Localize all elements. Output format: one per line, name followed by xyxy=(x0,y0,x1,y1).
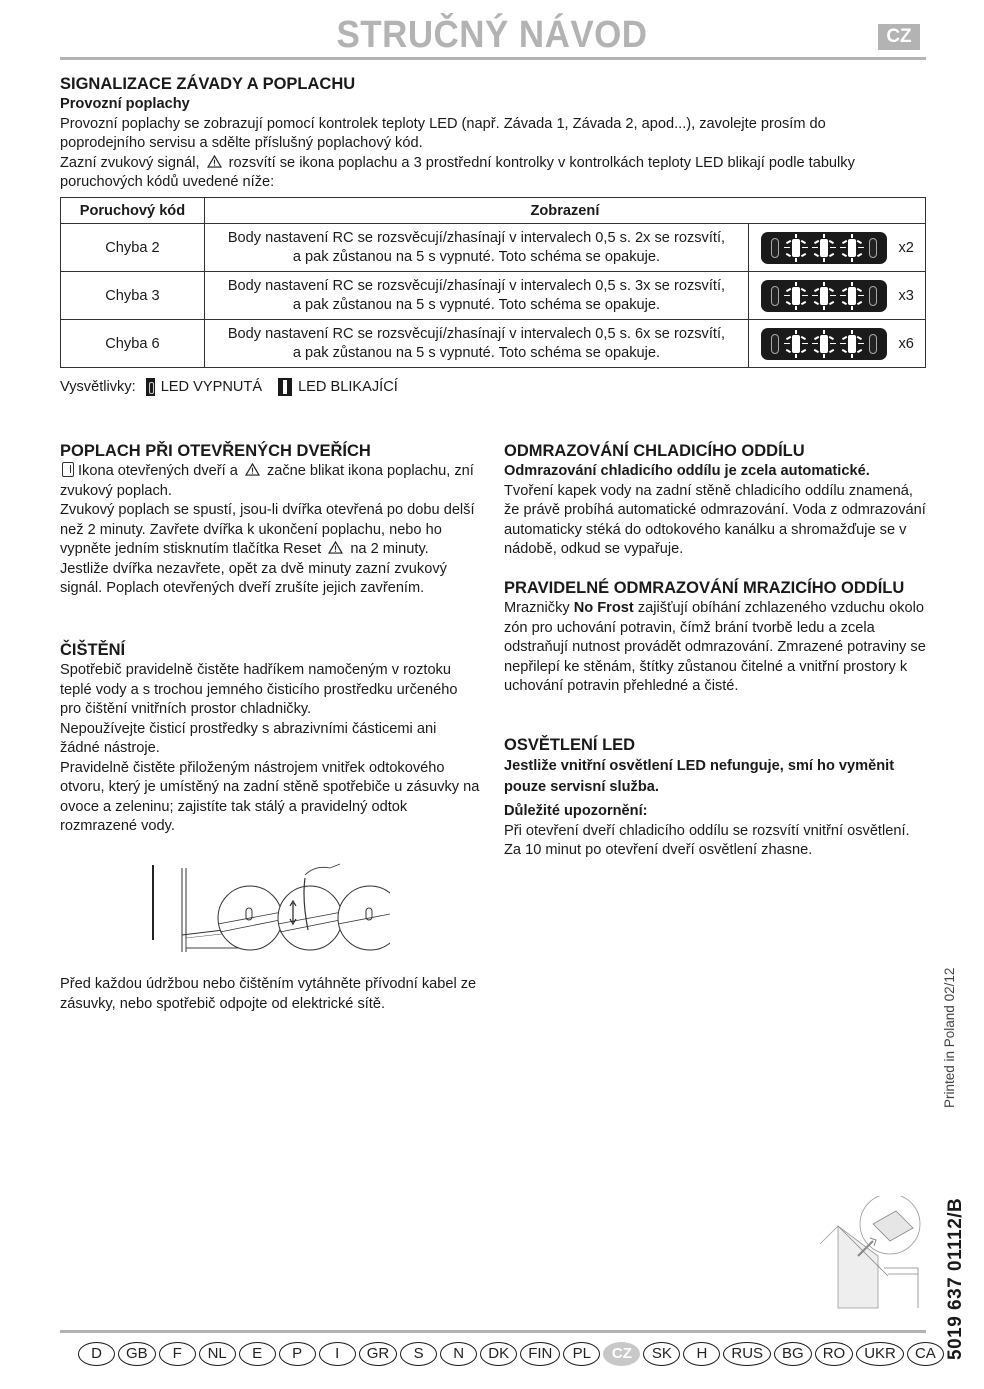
table-header-row: Poruchový kód Zobrazení xyxy=(61,198,926,224)
led-blink-icon xyxy=(785,332,807,356)
language-pill-fin[interactable]: FIN xyxy=(520,1342,560,1366)
led-display-cell xyxy=(749,224,899,272)
language-pill-n[interactable]: N xyxy=(440,1342,477,1366)
door-alarm-para1: Ikona otevřených dveří a začne blikat ik… xyxy=(60,462,480,501)
defrost-fridge-bold: Odmrazování chladicího oddílu je zcela a… xyxy=(504,462,926,482)
led-blink-icon xyxy=(813,236,835,260)
led-off-icon xyxy=(869,286,877,306)
fault-code-cell: Chyba 2 xyxy=(61,224,205,272)
language-pill-gb[interactable]: GB xyxy=(118,1342,156,1366)
language-pill-d[interactable]: D xyxy=(78,1342,115,1366)
language-pill-cz[interactable]: CZ xyxy=(603,1342,640,1366)
led-blink-icon xyxy=(278,378,292,396)
page-title: STRUČNÝ NÁVOD xyxy=(39,14,944,57)
door-alarm-heading: POPLACH PŘI OTEVŘENÝCH DVEŘÍCH xyxy=(60,441,480,462)
signalization-subheading: Provozní poplachy xyxy=(60,95,926,115)
language-pill-bg[interactable]: BG xyxy=(774,1342,812,1366)
led-lighting-section: OSVĚTLENÍ LED Jestliže vnitřní osvětlení… xyxy=(504,735,926,861)
signalization-heading: SIGNALIZACE ZÁVADY A POPLACHU xyxy=(60,74,926,95)
door-alarm-section: POPLACH PŘI OTEVŘENÝCH DVEŘÍCH Ikona ote… xyxy=(60,441,480,599)
open-door-icon xyxy=(62,462,74,477)
signalization-para2: Zazní zvukový signál, rozsvítí se ikona … xyxy=(60,154,926,193)
language-pill-gr[interactable]: GR xyxy=(359,1342,398,1366)
fault-code-cell: Chyba 6 xyxy=(61,320,205,368)
led-display-cell xyxy=(749,320,899,368)
led-panel xyxy=(761,280,887,312)
signalization-section: SIGNALIZACE ZÁVADY A POPLACHU Provozní p… xyxy=(60,74,926,193)
led-lamp-illustration xyxy=(818,1196,922,1312)
defrost-fridge-para: Tvoření kapek vody na zadní stěně chladi… xyxy=(504,482,926,560)
fault-description-cell: Body nastavení RC se rozsvěcují/zhasínaj… xyxy=(204,320,748,368)
defrost-fridge-heading: ODMRAZOVÁNÍ CHLADICÍHO ODDÍLU xyxy=(504,441,926,462)
blink-multiplier: x2 xyxy=(899,224,926,272)
door-alarm-para2: Zvukový poplach se spustí, jsou-li dvířk… xyxy=(60,501,480,560)
footer-divider xyxy=(60,1330,926,1333)
led-blink-icon xyxy=(813,284,835,308)
language-badge: CZ xyxy=(878,24,920,50)
language-pill-e[interactable]: E xyxy=(239,1342,276,1366)
language-pill-h[interactable]: H xyxy=(683,1342,720,1366)
language-pill-p[interactable]: P xyxy=(279,1342,316,1366)
drain-cleaning-illustration xyxy=(150,860,390,955)
led-off-icon xyxy=(771,286,779,306)
header-display: Zobrazení xyxy=(204,198,925,224)
door-alarm-para3: Jestliže dvířka nezavřete, opět za dvě m… xyxy=(60,560,480,599)
document-code: 5019 637 01112/B xyxy=(945,1198,967,1360)
legend-blink-label: LED BLIKAJÍCÍ xyxy=(298,379,398,395)
fault-code-cell: Chyba 3 xyxy=(61,272,205,320)
language-pill-s[interactable]: S xyxy=(400,1342,437,1366)
language-pill-i[interactable]: I xyxy=(319,1342,356,1366)
warning-icon xyxy=(207,155,222,168)
fault-description-cell: Body nastavení RC se rozsvěcují/zhasínaj… xyxy=(204,224,748,272)
defrost-freezer-section: PRAVIDELNÉ ODMRAZOVÁNÍ MRAZICÍHO ODDÍLU … xyxy=(504,578,926,697)
led-blink-icon xyxy=(841,332,863,356)
fault-code-table: Poruchový kód Zobrazení Chyba 2Body nast… xyxy=(60,197,926,368)
language-pill-pl[interactable]: PL xyxy=(563,1342,600,1366)
led-blink-icon xyxy=(841,284,863,308)
defrost-freezer-para: Mrazničky No Frost zajišťují obíhání zch… xyxy=(504,599,926,697)
blink-multiplier: x3 xyxy=(899,272,926,320)
table-row: Chyba 6Body nastavení RC se rozsvěcují/z… xyxy=(61,320,926,368)
blink-multiplier: x6 xyxy=(899,320,926,368)
printed-in-label: Printed in Poland 02/12 xyxy=(942,968,957,1108)
language-pill-ca[interactable]: CA xyxy=(907,1342,944,1366)
led-off-icon xyxy=(146,378,155,396)
led-lighting-heading: OSVĚTLENÍ LED xyxy=(504,735,926,756)
led-off-icon xyxy=(869,238,877,258)
cleaning-para1: Spotřebič pravidelně čistěte hadříkem na… xyxy=(60,661,480,720)
led-lighting-para: Při otevření dveří chladicího oddílu se … xyxy=(504,822,926,861)
language-pill-dk[interactable]: DK xyxy=(480,1342,517,1366)
language-pill-rus[interactable]: RUS xyxy=(723,1342,771,1366)
cleaning-para2: Nepoužívejte čisticí prostředky s abrazi… xyxy=(60,720,480,759)
led-blink-icon xyxy=(785,236,807,260)
defrost-fridge-section: ODMRAZOVÁNÍ CHLADICÍHO ODDÍLU Odmrazován… xyxy=(504,441,926,560)
led-blink-icon xyxy=(841,236,863,260)
cleaning-heading: ČIŠTĚNÍ xyxy=(60,640,480,661)
safety-note: Před každou údržbou nebo čištěním vytáhn… xyxy=(60,975,480,1014)
legend-off-label: LED VYPNUTÁ xyxy=(161,379,262,395)
language-pill-ukr[interactable]: UKR xyxy=(856,1342,904,1366)
led-panel xyxy=(761,328,887,360)
cleaning-section: ČIŠTĚNÍ Spotřebič pravidelně čistěte had… xyxy=(60,640,480,837)
cleaning-para3: Pravidelně čistěte přiloženým nástrojem … xyxy=(60,759,480,837)
language-selector: DGBFNLEPIGRSNDKFINPLCZSKHRUSBGROUKRCA xyxy=(78,1342,947,1366)
defrost-freezer-heading: PRAVIDELNÉ ODMRAZOVÁNÍ MRAZICÍHO ODDÍLU xyxy=(504,578,926,599)
language-pill-sk[interactable]: SK xyxy=(643,1342,680,1366)
signalization-para1: Provozní poplachy se zobrazují pomocí ko… xyxy=(60,115,900,154)
led-display-cell xyxy=(749,272,899,320)
notice-label: Důležité upozornění: xyxy=(504,802,926,822)
language-pill-nl[interactable]: NL xyxy=(199,1342,236,1366)
reset-warning-icon xyxy=(328,541,343,554)
led-panel xyxy=(761,232,887,264)
fault-description-cell: Body nastavení RC se rozsvěcují/zhasínaj… xyxy=(204,272,748,320)
led-lighting-bold: Jestliže vnitřní osvětlení LED nefunguje… xyxy=(504,756,926,798)
led-off-icon xyxy=(771,238,779,258)
language-pill-ro[interactable]: RO xyxy=(815,1342,854,1366)
table-row: Chyba 3Body nastavení RC se rozsvěcují/z… xyxy=(61,272,926,320)
header-fault-code: Poruchový kód xyxy=(61,198,205,224)
legend-label: Vysvětlivky: xyxy=(60,379,136,395)
led-blink-icon xyxy=(813,332,835,356)
legend: Vysvětlivky: LED VYPNUTÁ LED BLIKAJÍCÍ xyxy=(60,378,398,396)
header-divider xyxy=(60,57,926,60)
led-blink-icon xyxy=(785,284,807,308)
table-row: Chyba 2Body nastavení RC se rozsvěcují/z… xyxy=(61,224,926,272)
warning-icon xyxy=(245,463,260,476)
language-pill-f[interactable]: F xyxy=(159,1342,196,1366)
led-off-icon xyxy=(869,334,877,354)
led-off-icon xyxy=(771,334,779,354)
